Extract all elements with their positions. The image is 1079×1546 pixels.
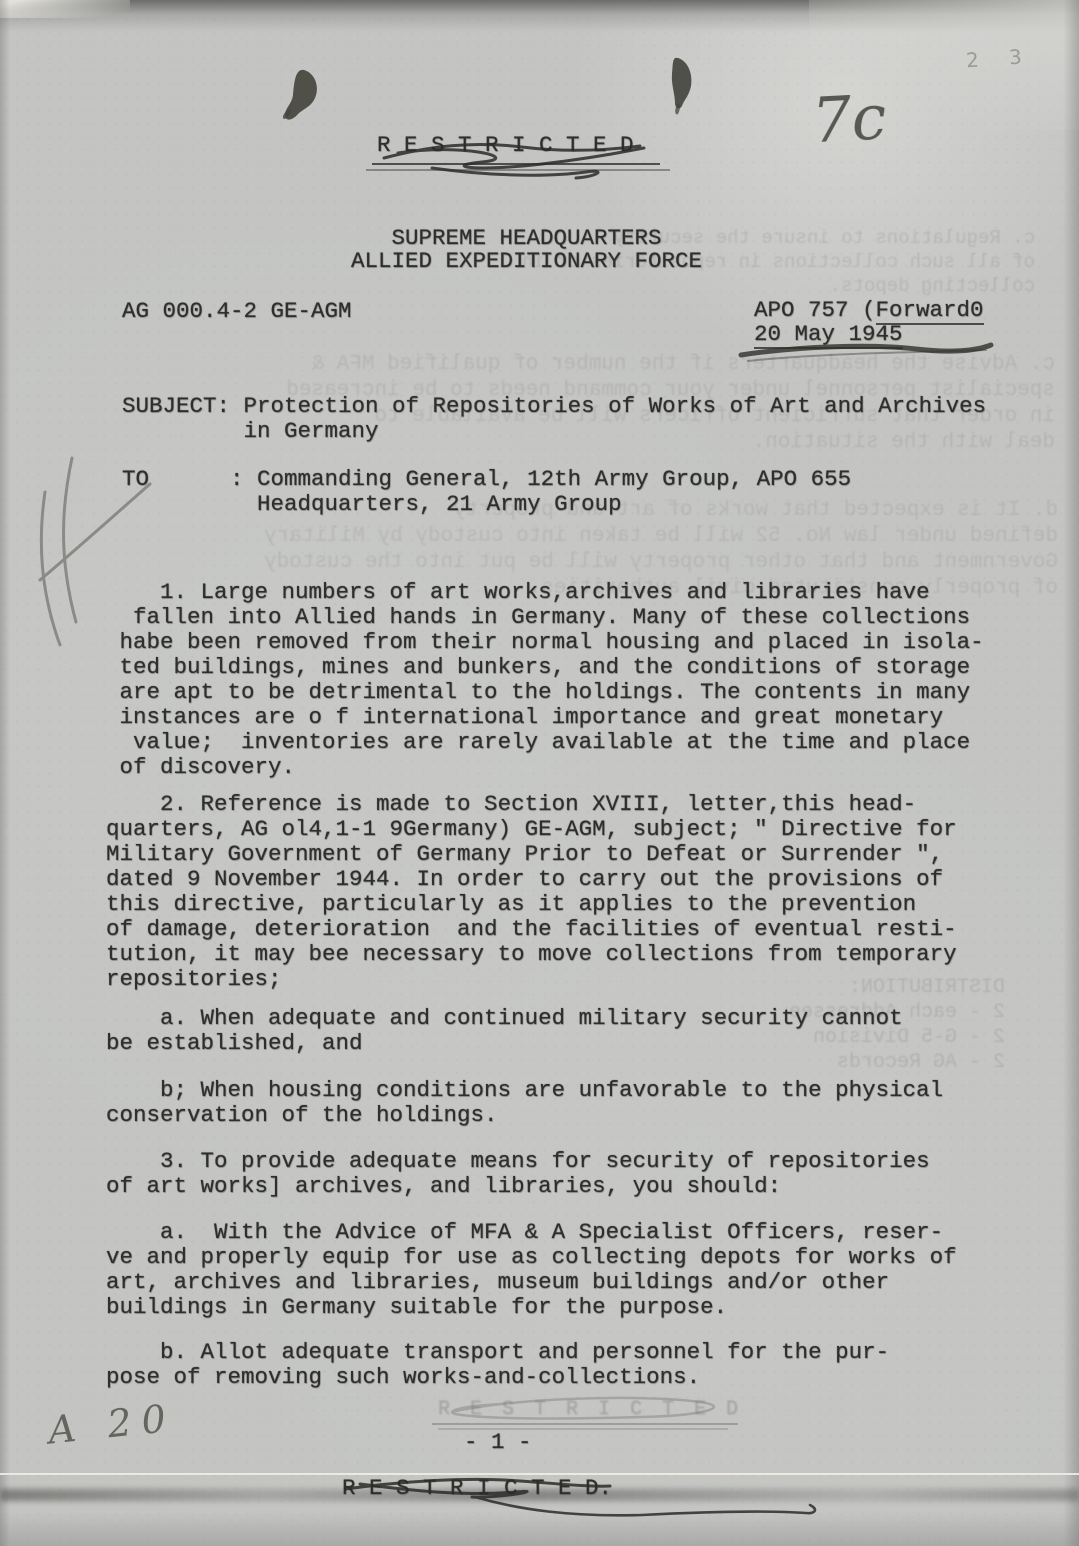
ink-blot-right-icon	[672, 58, 692, 115]
pencil-margin-note: A 20	[46, 1395, 178, 1452]
paragraph-1: 1. Large numbers of art works,archives a…	[106, 580, 984, 780]
classification-stamp-top: R E S T R I C T E D	[377, 133, 634, 158]
pencil-corner-number: 2 3	[965, 44, 1034, 73]
scan-edge-right	[1063, 0, 1079, 1546]
to-block: TO : Commanding General, 12th Army Group…	[122, 467, 851, 517]
org-name-line2: ALLIED EXPEDITIONARY FORCE	[0, 250, 1053, 274]
paragraph-3: 3. To provide adequate means for securit…	[106, 1149, 930, 1199]
scanned-document-page: c. Regulations to insure the security of…	[0, 0, 1079, 1546]
apo-line: APO 757 (Forward0	[754, 299, 984, 323]
paragraph-2b: b; When housing conditions are unfavorab…	[106, 1078, 943, 1128]
bleedthrough-underline-1	[432, 1423, 738, 1425]
ink-blot-left-icon	[283, 70, 317, 120]
date-text: 20 May 1945	[754, 321, 903, 347]
scan-corner-sliver	[0, 0, 130, 18]
scan-edge-bottom	[0, 1512, 1079, 1546]
subject-block: SUBJECT: Protection of Repositories of W…	[122, 394, 986, 444]
classification-underline-1	[372, 163, 660, 165]
date-underline-swoosh	[741, 345, 991, 361]
apo-prefix: APO 757 (	[754, 297, 876, 323]
handwritten-doc-number: 7c	[810, 80, 888, 157]
org-name-line1: SUPREME HEADQUARTERS	[0, 227, 1053, 251]
file-reference: AG 000.4-2 GE-AGM	[122, 299, 352, 324]
date-line: 20 May 1945	[754, 323, 903, 347]
paragraph-2a: a. When adequate and continued military …	[106, 1006, 903, 1056]
classification-underline-2	[366, 169, 670, 171]
page-number: - 1 -	[464, 1430, 532, 1455]
bleedthrough-classification-stamp: R E S T R I C T E D	[438, 1397, 742, 1422]
paragraph-2: 2. Reference is made to Section XVIII, l…	[106, 792, 957, 992]
classification-stamp-bottom: R E S T R I C T E D.	[342, 1476, 612, 1501]
apo-forward-underlined: Forward0	[876, 297, 984, 323]
paragraph-3b: b. Allot adequate transport and personne…	[106, 1340, 889, 1390]
paragraph-3a: a. With the Advice of MFA & A Specialist…	[106, 1220, 957, 1320]
